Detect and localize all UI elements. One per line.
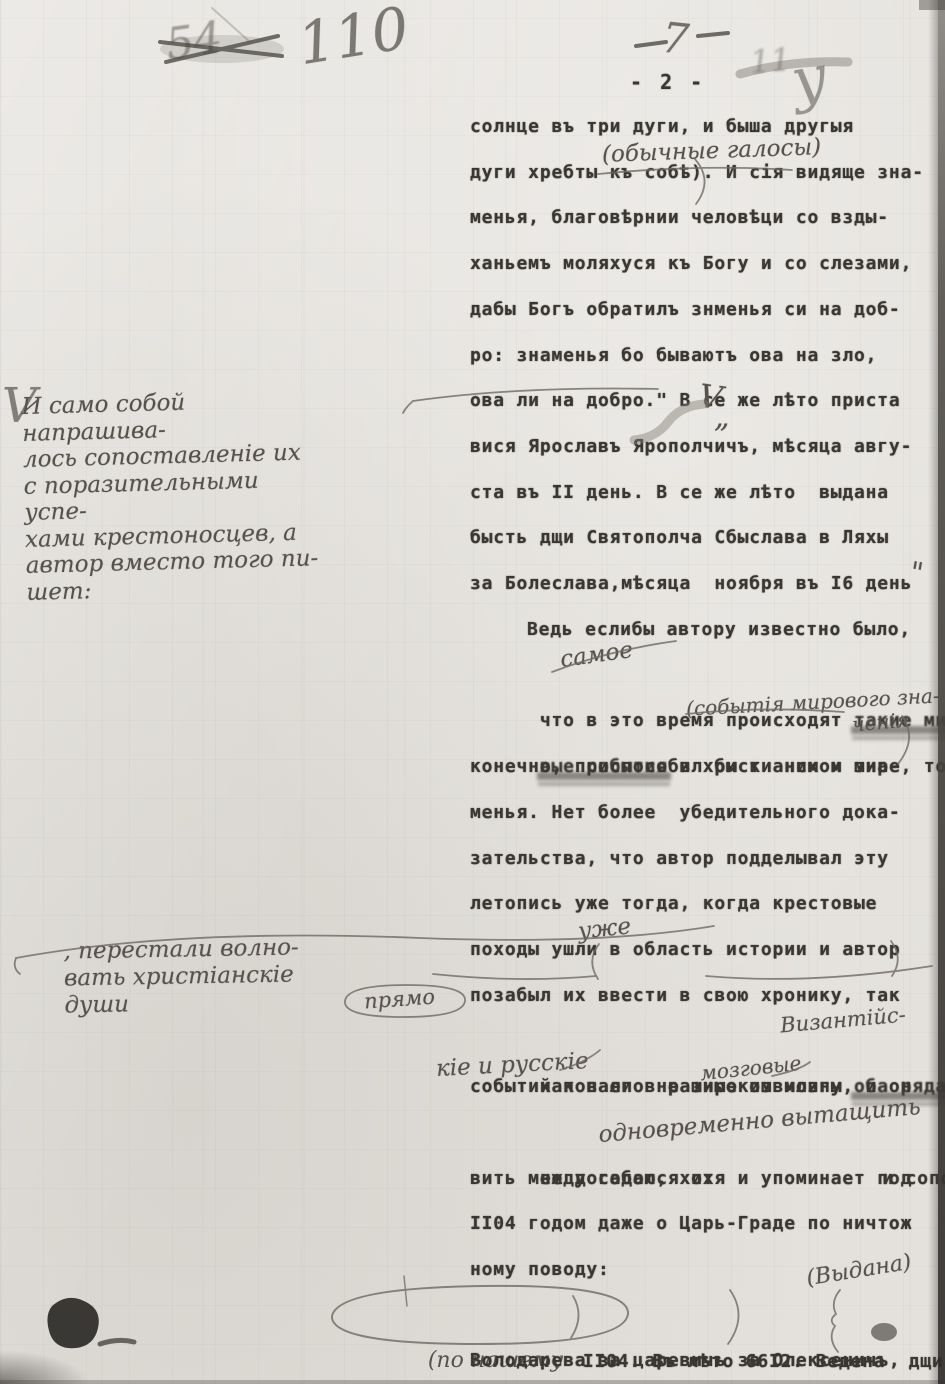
typed-line: Ведь еслибы автору известно было, bbox=[470, 607, 945, 653]
document-page: - 2 - солнце въ три дуги, и быша другыя … bbox=[0, 0, 945, 1384]
typed-line: дабы Богъ обратилъ знменья си на доб- bbox=[470, 287, 945, 333]
typed-text-block: солнце въ три дуги, и быша другыя дуги х… bbox=[470, 104, 945, 1384]
handwritten-crossed-seven: 7 bbox=[660, 13, 692, 65]
dash-right-of-seven bbox=[698, 33, 728, 36]
typed-line: ро: знаменья бо бываютъ ова на зло, bbox=[470, 333, 945, 379]
typed-line: зательства, что автор подделывал эту bbox=[470, 836, 945, 882]
typed-line: походы ушли в область истории и автор bbox=[470, 927, 945, 973]
scan-edge-bottom bbox=[0, 1380, 945, 1384]
typed-line: менья. Нет более убедительного дока- bbox=[470, 790, 945, 836]
scan-corner-top-right bbox=[919, 0, 945, 10]
margin-note-comparison: И само собой напрашива- лось сопоставлен… bbox=[21, 386, 326, 606]
typed-line: (по нашемуII04. Въ лѣто 66I2. Ведена дщи bbox=[358, 1293, 945, 1339]
typed-line: менья, благовѣрнии человѣци со взды- bbox=[470, 195, 945, 241]
scan-edge-right bbox=[938, 0, 945, 1384]
typed-line: ханьемъ моляхуся къ Богу и со слезами, bbox=[470, 241, 945, 287]
typed-line: летопись уже тогда, когда крестовые bbox=[470, 881, 945, 927]
typed-line: II04 годом даже о Царь-Граде по ничтож bbox=[470, 1201, 945, 1247]
handwritten-crossed-number: 54 bbox=[163, 12, 226, 70]
handwritten-sobytiya-line2: ченія bbox=[851, 708, 910, 737]
typed-line: вися Ярославъ Ярополчичъ, мѣсяца авгу- bbox=[470, 424, 945, 470]
handwritten-pryamo-circled: прямо bbox=[363, 985, 435, 1014]
scan-edge-shadow bbox=[928, 0, 938, 1384]
ink-dash bbox=[100, 1340, 134, 1344]
ink-blot bbox=[47, 1298, 98, 1348]
page-number: - 2 - bbox=[630, 70, 705, 94]
typed-line: за Болеслава,мѣсяца ноября въ I6 день bbox=[470, 561, 945, 607]
typed-line: вить между собою, хотя и упоминает под bbox=[470, 1156, 945, 1202]
typed-line: ста въ II день. В се же лѣто выдана bbox=[470, 470, 945, 516]
struck-text: вые события bbox=[540, 756, 668, 777]
handwritten-folio-number: 110 bbox=[293, 0, 413, 78]
scan-corner-bottom-left bbox=[0, 1350, 90, 1384]
margin-note-perestali: , перестали волно- вать христіанскіе душ… bbox=[63, 933, 354, 1019]
typed-line: бысть дщи Святополча Сбыслава в Ляхы bbox=[470, 515, 945, 561]
handwritten-uzhe: уже bbox=[577, 913, 633, 944]
typed-line: Володарева за царевичъ за Олексеничъ, bbox=[470, 1338, 945, 1384]
handwritten-insert-marks: „ bbox=[714, 400, 730, 435]
